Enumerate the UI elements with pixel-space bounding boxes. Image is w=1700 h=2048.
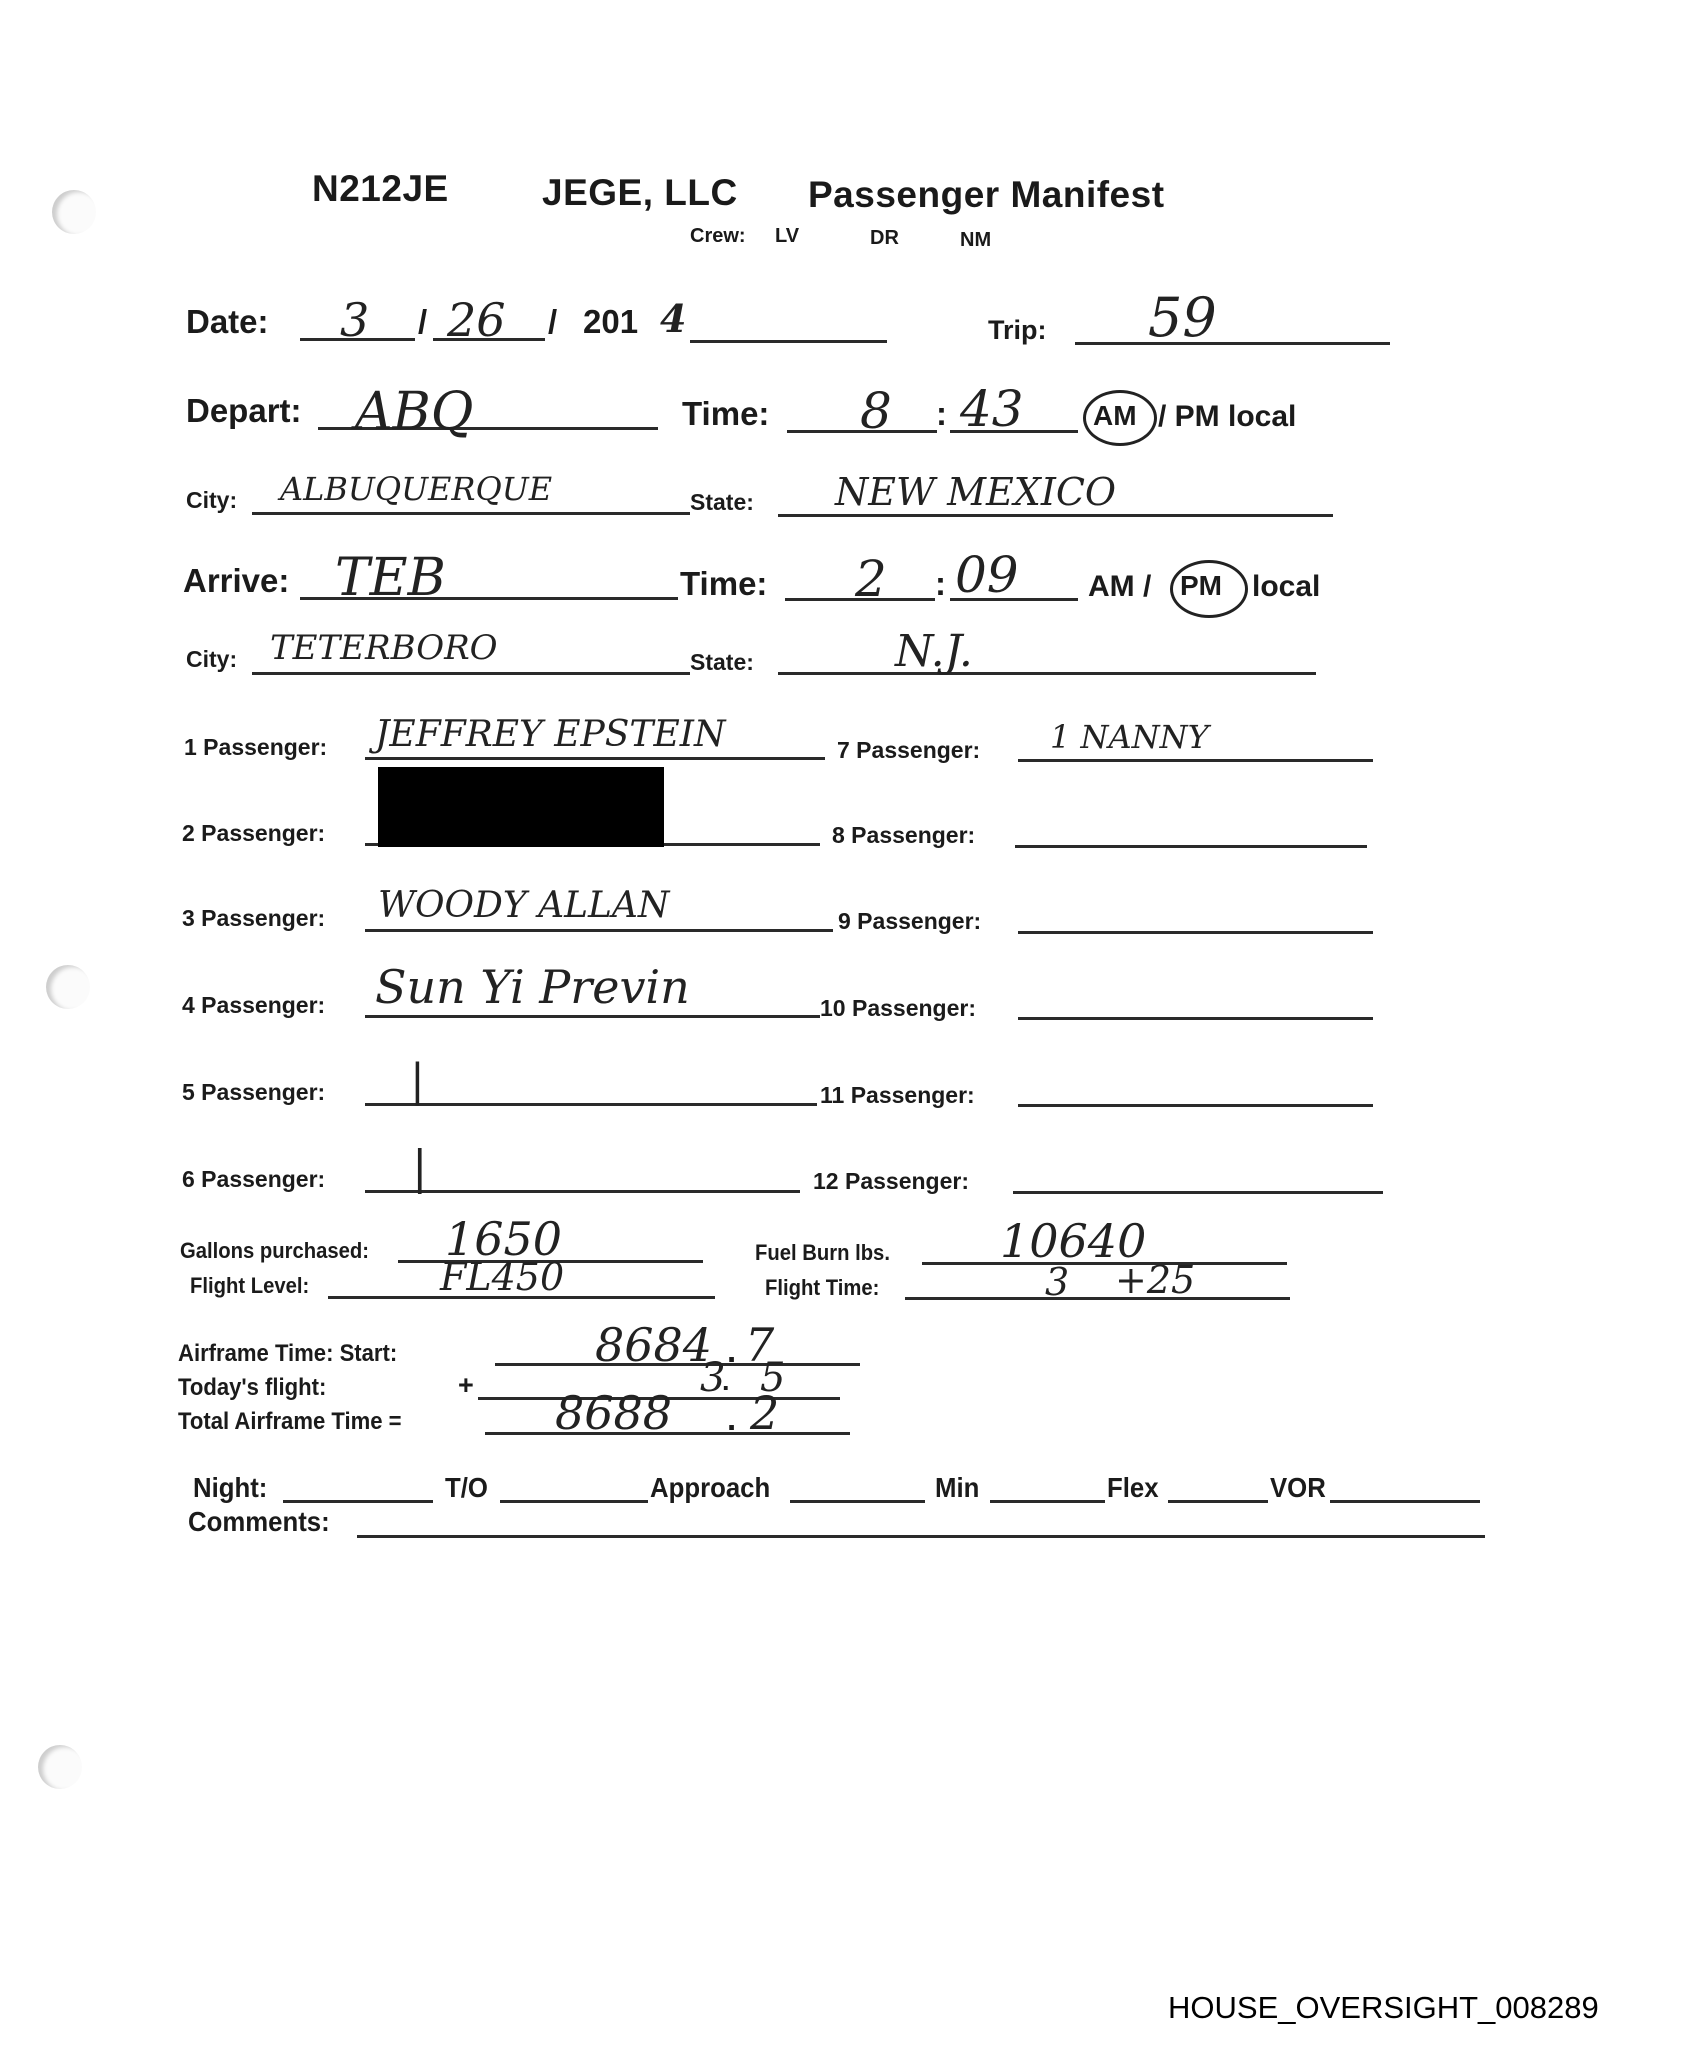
night-line — [283, 1500, 433, 1503]
passenger-10-label: 10 Passenger: — [820, 995, 976, 1022]
passenger-12-label: 12 Passenger: — [813, 1168, 969, 1195]
arrive-state-line — [778, 672, 1316, 675]
depart-state-label: State: — [690, 489, 754, 516]
arrive-minute[interactable]: 09 — [955, 546, 1019, 604]
night-label: Night: — [193, 1472, 267, 1504]
todays-flight-dot: . — [722, 1366, 730, 1397]
approach-line — [790, 1500, 925, 1503]
fuel-burn-label: Fuel Burn lbs. — [755, 1240, 890, 1266]
passenger-6-value[interactable]: | — [412, 1140, 428, 1194]
passenger-3-line — [365, 929, 833, 932]
approach-label: Approach — [650, 1472, 770, 1504]
passenger-5-value[interactable]: | — [410, 1055, 425, 1106]
arrive-airport[interactable]: TEB — [335, 548, 446, 608]
comments-label: Comments: — [188, 1506, 330, 1538]
arrive-hour[interactable]: 2 — [855, 550, 887, 608]
arrive-city-label: City: — [186, 646, 237, 673]
passenger-4-value[interactable]: Sun Yi Previn — [375, 960, 690, 1014]
to-line — [500, 1500, 648, 1503]
bates-number: HOUSE_OVERSIGHT_008289 — [1168, 1990, 1599, 2026]
depart-state-line — [778, 514, 1333, 517]
total-airframe-label: Total Airframe Time = — [178, 1408, 402, 1436]
passenger-4-line — [365, 1015, 820, 1018]
company-name: JEGE, LLC — [542, 172, 738, 214]
passenger-1-label: 1 Passenger: — [184, 734, 327, 761]
passenger-11-label: 11 Passenger: — [820, 1082, 975, 1109]
passenger-6-line — [365, 1190, 800, 1193]
depart-minute[interactable]: 43 — [960, 380, 1024, 438]
passenger-5-line — [365, 1103, 817, 1106]
arrive-time-colon: : — [935, 565, 946, 603]
arrive-local: local — [1252, 570, 1320, 604]
arrive-state-label: State: — [690, 649, 754, 676]
trip-label: Trip: — [988, 315, 1047, 346]
arrive-city-line — [252, 672, 690, 675]
depart-time-colon: : — [936, 395, 947, 433]
depart-city-line — [252, 512, 690, 515]
airframe-start-whole[interactable]: 8684 — [595, 1318, 712, 1372]
depart-hour[interactable]: 8 — [860, 382, 892, 440]
passenger-9-label: 9 Passenger: — [838, 908, 981, 935]
passenger-9-line — [1018, 931, 1373, 934]
crew-member-3: NM — [960, 229, 991, 252]
flight-time-minutes[interactable]: +25 — [1115, 1258, 1195, 1302]
depart-pm-local: / PM local — [1158, 400, 1296, 434]
date-sep-1: / — [418, 303, 427, 341]
flex-line — [1168, 1500, 1268, 1503]
date-label: Date: — [186, 303, 269, 341]
passenger-8-line — [1015, 845, 1367, 848]
passenger-6-label: 6 Passenger: — [182, 1166, 325, 1193]
min-line — [990, 1500, 1105, 1503]
binder-hole-bottom — [38, 1745, 82, 1789]
todays-flight-plus: + — [458, 1370, 474, 1401]
passenger-7-label: 7 Passenger: — [837, 737, 980, 764]
flight-level-label: Flight Level: — [190, 1273, 309, 1299]
binder-hole-middle — [46, 965, 90, 1009]
passenger-7-value[interactable]: 1 NANNY — [1050, 718, 1209, 756]
total-airframe-whole[interactable]: 8688 — [555, 1386, 672, 1440]
arrive-city[interactable]: TETERBORO — [270, 628, 498, 668]
flight-level-value[interactable]: FL450 — [440, 1255, 564, 1299]
total-airframe-tenth[interactable]: 2 — [750, 1386, 779, 1440]
gallons-label: Gallons purchased: — [180, 1238, 369, 1264]
trip-number[interactable]: 59 — [1148, 286, 1217, 349]
passenger-10-line — [1018, 1017, 1373, 1020]
passenger-2-label: 2 Passenger: — [182, 820, 325, 847]
passenger-3-label: 3 Passenger: — [182, 905, 325, 932]
total-airframe-dot: . — [727, 1400, 736, 1438]
crew-member-1: LV — [775, 225, 799, 248]
vor-line — [1330, 1500, 1480, 1503]
passenger-12-line — [1013, 1191, 1383, 1194]
todays-flight-label: Today's flight: — [178, 1374, 326, 1402]
arrive-am: AM / — [1088, 570, 1151, 604]
passenger-1-value[interactable]: JEFFREY EPSTEIN — [375, 714, 725, 755]
flight-time-hours[interactable]: 3 — [1045, 1260, 1069, 1304]
depart-label: Depart: — [186, 392, 302, 430]
airframe-start-label: Airframe Time: Start: — [178, 1340, 397, 1368]
depart-airport[interactable]: ABQ — [355, 382, 473, 442]
depart-state[interactable]: NEW MEXICO — [835, 470, 1116, 514]
trip-line — [1075, 342, 1390, 345]
crew-label: Crew: — [690, 225, 746, 248]
passenger-4-label: 4 Passenger: — [182, 992, 325, 1019]
passenger-1-line — [365, 757, 825, 760]
passenger-7-line — [1018, 759, 1373, 762]
date-year-prefix: 201 — [583, 303, 638, 341]
comments-line — [357, 1535, 1485, 1538]
arrive-label: Arrive: — [183, 562, 289, 600]
vor-label: VOR — [1270, 1472, 1326, 1504]
date-sep-2: / — [548, 303, 557, 341]
depart-city[interactable]: ALBUQUERQUE — [280, 470, 552, 508]
date-day[interactable]: 26 — [447, 293, 506, 347]
passenger-5-label: 5 Passenger: — [182, 1079, 325, 1106]
flight-time-label: Flight Time: — [765, 1275, 879, 1301]
airframe-start-dot: . — [727, 1332, 736, 1370]
binder-hole-top — [52, 190, 96, 234]
passenger-3-value[interactable]: WOODY ALLAN — [378, 885, 669, 926]
date-year-line — [690, 340, 887, 343]
crew-member-2: DR — [870, 227, 899, 250]
depart-time-label: Time: — [682, 395, 769, 433]
depart-city-label: City: — [186, 487, 237, 514]
date-year-last-digit[interactable]: 4 — [660, 296, 686, 341]
arrive-state[interactable]: N.J. — [895, 626, 973, 677]
flex-label: Flex — [1107, 1472, 1159, 1504]
arrive-time-label: Time: — [680, 565, 767, 603]
passenger-11-line — [1018, 1104, 1373, 1107]
form-title: Passenger Manifest — [808, 174, 1165, 216]
date-month[interactable]: 3 — [340, 293, 369, 347]
passenger-2-redaction — [378, 767, 664, 847]
min-label: Min — [935, 1472, 979, 1504]
to-label: T/O — [445, 1472, 488, 1504]
tail-number: N212JE — [312, 168, 449, 210]
passenger-8-label: 8 Passenger: — [832, 822, 975, 849]
flight-time-line — [905, 1297, 1290, 1300]
depart-am-circle — [1083, 390, 1157, 446]
arrive-pm-circle — [1170, 560, 1248, 618]
